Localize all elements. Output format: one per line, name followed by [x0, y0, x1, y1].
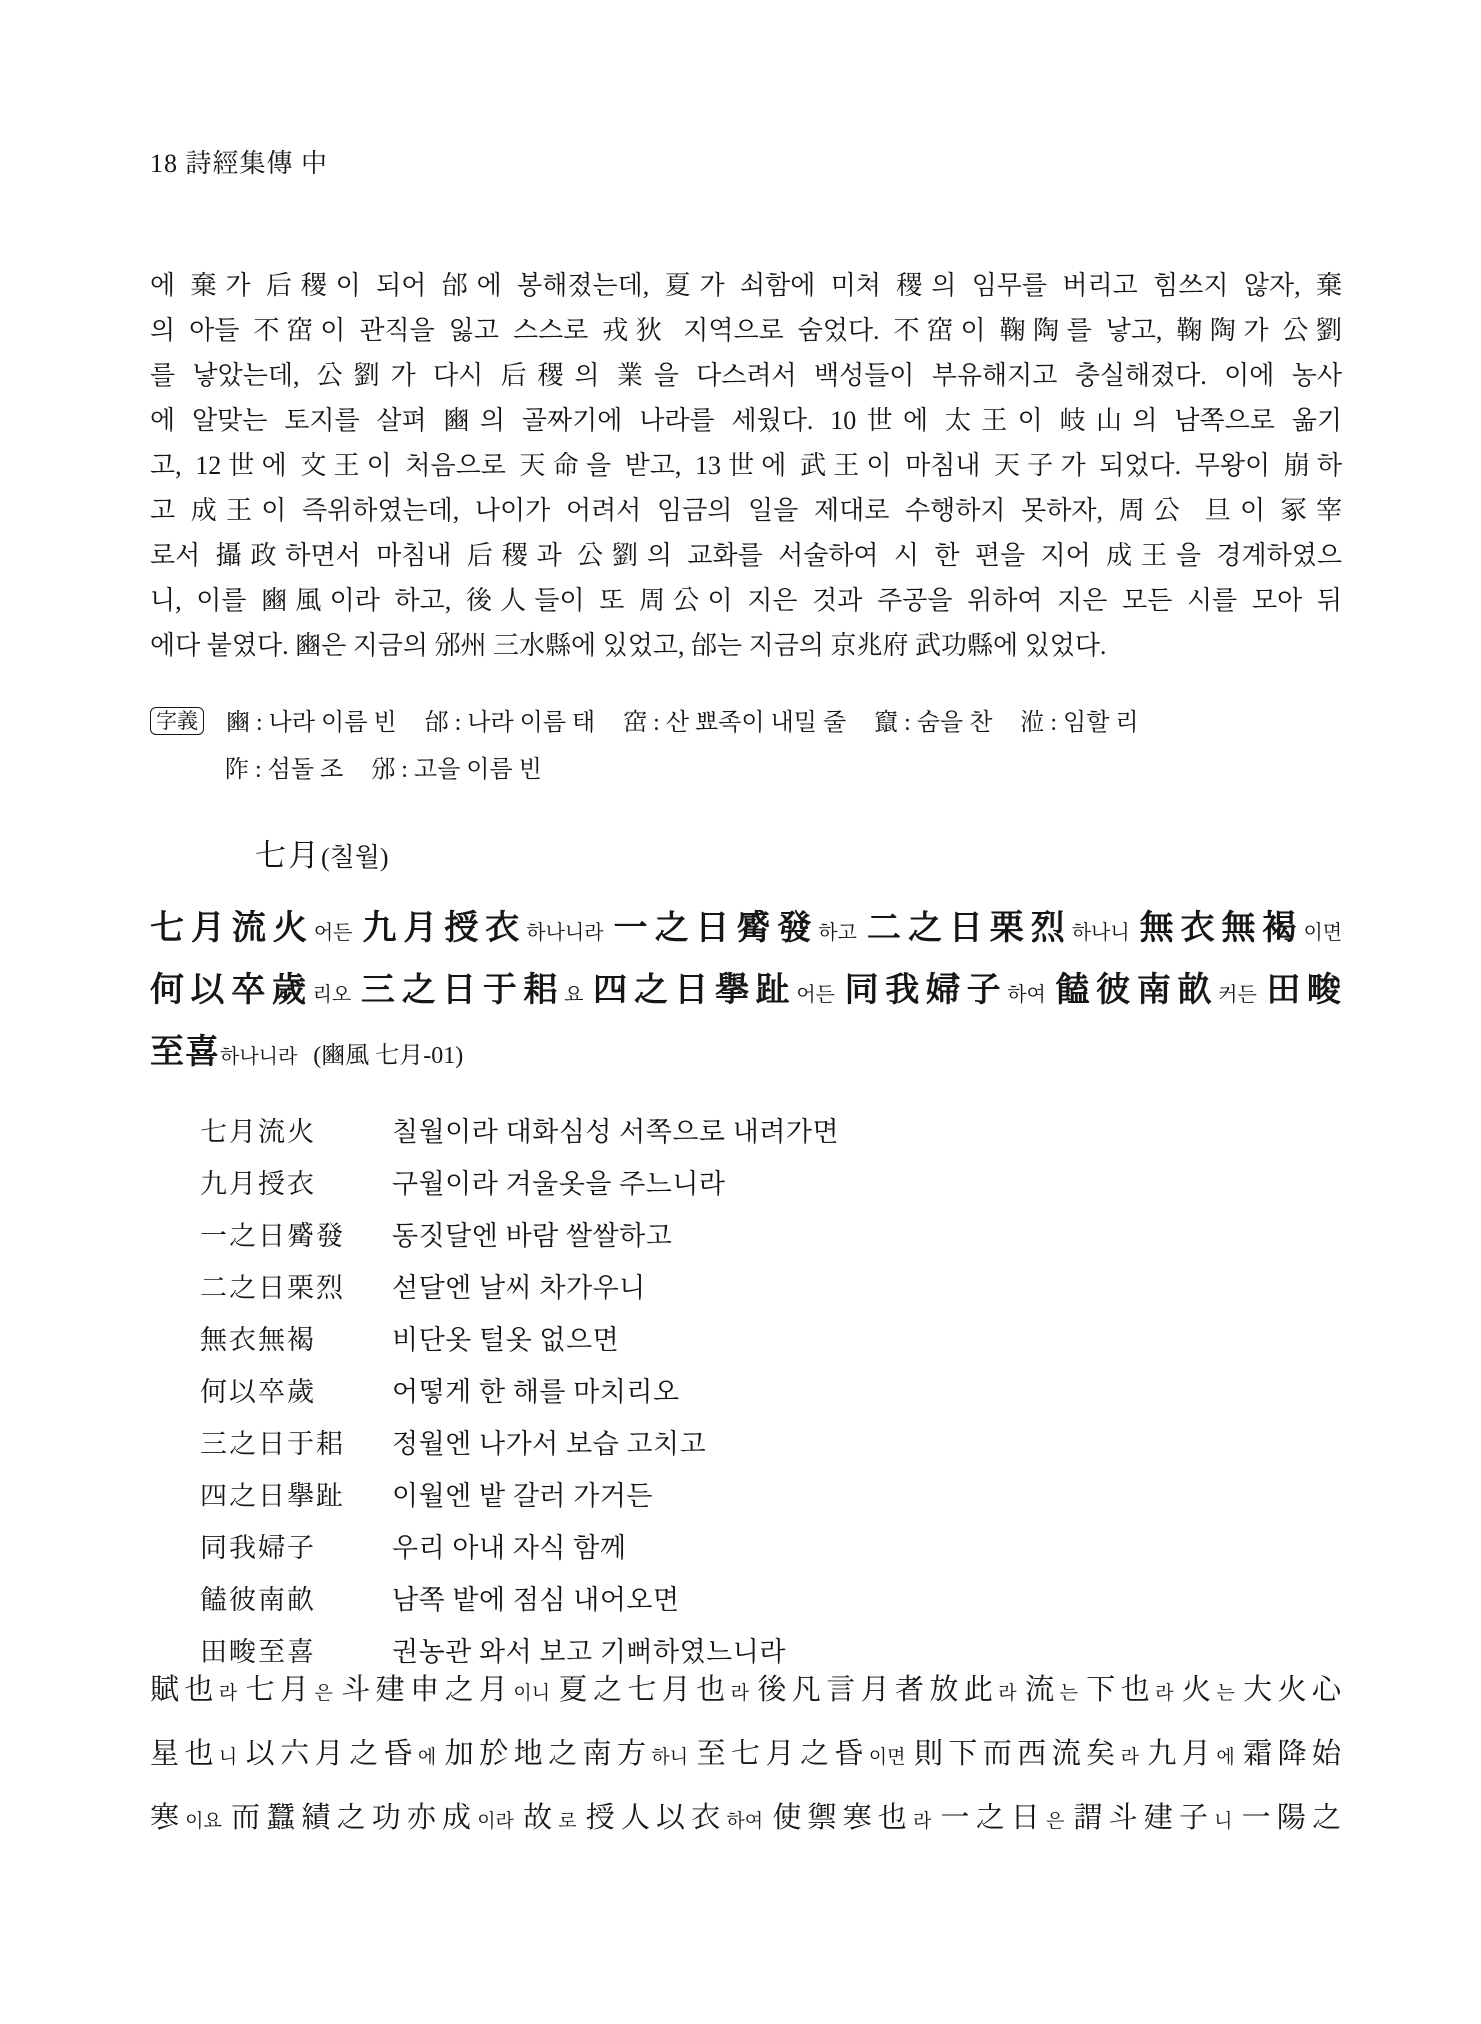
commentary-hanja: 下也 [1086, 1674, 1155, 1706]
poem-segment: 九月授衣하나니라 [362, 926, 603, 943]
poem-segment: 田畯 [1266, 988, 1342, 1005]
commentary-korean-suffix: 이면 [869, 1747, 906, 1768]
translation-row: 無衣無褐비단옷 털옷 없으면 [200, 1314, 1300, 1366]
commentary-hanja: 一陽之 [1242, 1802, 1342, 1834]
translation-korean: 남쪽 밭에 점심 내어오면 [392, 1585, 680, 1615]
poem-korean-suffix: 이면 [1303, 922, 1342, 944]
intro-line: 를 낳았는데, 公劉가 다시 后稷의 業을 다스려서 백성들이 부유해지고 충실… [150, 353, 1342, 398]
translation-hanja: 無衣無褐 [200, 1314, 392, 1366]
commentary-hanja: 使禦寒也 [772, 1802, 913, 1834]
commentary-hanja: 後凡言月者放此 [757, 1674, 998, 1706]
commentary-segment: 至七月之昏이면 [697, 1750, 906, 1767]
poem-hanja: 二之日栗烈 [867, 910, 1072, 947]
translation-korean: 비단옷 털옷 없으면 [392, 1325, 619, 1355]
commentary-korean-suffix: 하여 [726, 1811, 763, 1832]
intro-paragraph: 에 棄가 后稷이 되어 邰에 봉해졌는데, 夏가 쇠함에 미쳐 稷의 임무를 버… [150, 263, 1342, 668]
translation-hanja: 何以卒歲 [200, 1366, 392, 1418]
commentary-line: 星也니 以六月之昏에 加於地之南方하니 至七月之昏이면 則下而西流矣라 九月에 … [150, 1722, 1342, 1786]
commentary-hanja: 九月 [1147, 1738, 1216, 1770]
poem-korean-suffix: 하나니라 [526, 922, 603, 944]
commentary-korean-suffix: 라 [731, 1683, 749, 1704]
poem-korean-suffix: 커든 [1218, 984, 1257, 1006]
poem-segment: 三之日于耜요 [361, 988, 584, 1005]
translation-korean: 어떻게 한 해를 마치리오 [392, 1377, 680, 1407]
jaui-entry: 窋 : 산 뾰족이 내밀 줄 [623, 710, 846, 736]
commentary-segment: 賦也라 [150, 1686, 237, 1703]
translation-hanja: 二之日栗烈 [200, 1262, 392, 1314]
jaui-label: 字義 [150, 707, 204, 735]
poem-line: 何以卒歲리오 三之日于耜요 四之日擧趾어든 同我婦子하여 饁彼南畝커든 田畯 [150, 960, 1342, 1022]
commentary-segment: 寒이요 [150, 1814, 222, 1831]
commentary-segment: 一陽之 [1242, 1814, 1342, 1831]
commentary-korean-suffix: 니 [1214, 1811, 1232, 1832]
commentary-hanja: 夏之七月也 [558, 1674, 730, 1706]
commentary-korean-suffix: 라 [219, 1683, 237, 1704]
commentary-paragraph: 賦也라 七月은 斗建申之月이니 夏之七月也라 後凡言月者放此라 流는 下也라 火… [150, 1658, 1342, 1850]
intro-line: 고 成王이 즉위하였는데, 나이가 어려서 임금의 일을 제대로 수행하지 못하… [150, 488, 1342, 533]
poem-hanja: 九月授衣 [362, 910, 526, 947]
translation-row: 二之日栗烈섣달엔 날씨 차가우니 [200, 1262, 1300, 1314]
commentary-korean-suffix: 라 [1155, 1683, 1173, 1704]
poem-block: 七月流火어든 九月授衣하나니라 一之日觱發하고 二之日栗烈하나니 無衣無褐이면 … [150, 898, 1342, 1084]
commentary-segment: 授人以衣하여 [586, 1814, 763, 1831]
commentary-line: 賦也라 七月은 斗建申之月이니 夏之七月也라 後凡言月者放此라 流는 下也라 火… [150, 1658, 1342, 1722]
translation-korean: 칠월이라 대화심성 서쪽으로 내려가면 [392, 1117, 839, 1147]
poem-line: 七月流火어든 九月授衣하나니라 一之日觱發하고 二之日栗烈하나니 無衣無褐이면 [150, 898, 1342, 960]
poem-line: 至喜하나니라 (豳風 七月-01) [150, 1022, 1342, 1084]
commentary-korean-suffix: 이요 [185, 1811, 222, 1832]
translation-row: 九月授衣구월이라 겨울옷을 주느니라 [200, 1158, 1300, 1210]
commentary-hanja: 謂斗建子 [1074, 1802, 1215, 1834]
intro-line: 고, 12世에 文王이 처음으로 天命을 받고, 13世에 武王이 마침내 天子… [150, 443, 1342, 488]
commentary-hanja: 以六月之昏 [246, 1738, 418, 1770]
document-page: 18 詩經集傳 中 에 棄가 后稷이 되어 邰에 봉해졌는데, 夏가 쇠함에 미… [0, 0, 1481, 2024]
commentary-hanja: 授人以衣 [586, 1802, 727, 1834]
commentary-segment: 九月에 [1147, 1750, 1234, 1767]
commentary-segment: 而蠶績之功亦成이라 [231, 1814, 514, 1831]
translation-row: 四之日擧趾이월엔 밭 갈러 가거든 [200, 1470, 1300, 1522]
poem-segment: 至喜하나니라 [150, 1050, 297, 1067]
commentary-hanja: 加於地之南方 [445, 1738, 652, 1770]
intro-line: 로서 攝政하면서 마침내 后稷과 公劉의 교화를 서술하여 시 한 편을 지어 … [150, 533, 1342, 578]
commentary-segment: 以六月之昏에 [246, 1750, 437, 1767]
commentary-korean-suffix: 는 [1216, 1683, 1234, 1704]
section-title-hanja: 七月 [255, 838, 321, 873]
commentary-hanja: 一之日 [940, 1802, 1045, 1834]
commentary-korean-suffix: 에 [1216, 1747, 1234, 1768]
translation-korean: 우리 아내 자식 함께 [392, 1533, 626, 1563]
jaui-entries-2: 阼 : 섬돌 조邠 : 고을 이름 빈 [225, 757, 570, 783]
intro-line: 에다 붙였다. 豳은 지금의 邠州 三水縣에 있었고, 邰는 지금의 京兆府 武… [150, 623, 1342, 668]
jaui-entry: 涖 : 임할 리 [1020, 710, 1138, 736]
commentary-segment: 使禦寒也라 [772, 1814, 931, 1831]
jaui-row-2: 阼 : 섬돌 조邠 : 고을 이름 빈 [150, 747, 1342, 794]
commentary-segment: 加於地之南方하니 [445, 1750, 688, 1767]
intro-line: 에 棄가 后稷이 되어 邰에 봉해졌는데, 夏가 쇠함에 미쳐 稷의 임무를 버… [150, 263, 1342, 308]
poem-segment: 何以卒歲리오 [150, 988, 351, 1005]
commentary-korean-suffix: 라 [998, 1683, 1016, 1704]
commentary-korean-suffix: 니 [219, 1747, 237, 1768]
commentary-korean-suffix: 에 [418, 1747, 436, 1768]
translation-hanja: 七月流火 [200, 1106, 392, 1158]
commentary-korean-suffix: 로 [558, 1811, 576, 1832]
translation-hanja: 饁彼南畝 [200, 1574, 392, 1626]
commentary-korean-suffix: 이라 [477, 1811, 514, 1832]
commentary-segment: 大火心 [1243, 1686, 1342, 1703]
poem-korean-suffix: 어든 [796, 984, 835, 1006]
poem-hanja: 何以卒歲 [150, 972, 313, 1009]
commentary-hanja: 流 [1025, 1674, 1059, 1706]
section-title-korean: (칠월) [321, 843, 389, 872]
commentary-hanja: 霜降始 [1243, 1738, 1342, 1770]
poem-segment: 七月流火어든 [150, 926, 352, 943]
commentary-hanja: 斗建申之月 [341, 1674, 513, 1706]
jaui-entry: 邰 : 나라 이름 태 [425, 710, 596, 736]
translation-korean: 이월엔 밭 갈러 가거든 [392, 1481, 653, 1511]
poem-korean-suffix: 요 [564, 984, 583, 1006]
jaui-entry: 阼 : 섬돌 조 [225, 757, 343, 783]
translation-row: 饁彼南畝남쪽 밭에 점심 내어오면 [200, 1574, 1300, 1626]
jaui-block: 字義豳 : 나라 이름 빈邰 : 나라 이름 태窋 : 산 뾰족이 내밀 줄竄 … [150, 700, 1342, 794]
commentary-hanja: 至七月之昏 [697, 1738, 869, 1770]
translation-hanja: 四之日擧趾 [200, 1470, 392, 1522]
poem-korean-suffix: 하나니 [1072, 922, 1130, 944]
translation-row: 一之日觱發동짓달엔 바람 쌀쌀하고 [200, 1210, 1300, 1262]
page-header: 18 詩經集傳 中 [150, 143, 328, 180]
jaui-entry: 邠 : 고을 이름 빈 [371, 757, 542, 783]
poem-hanja: 七月流火 [150, 910, 314, 947]
poem-hanja: 饁彼南畝 [1056, 972, 1219, 1009]
translation-korean: 섣달엔 날씨 차가우니 [392, 1273, 646, 1303]
poem-segment: 饁彼南畝커든 [1056, 988, 1257, 1005]
poem-segment: 無衣無褐이면 [1140, 926, 1342, 943]
poem-korean-suffix: 하나니라 [220, 1046, 297, 1068]
intro-line: 의 아들 不窋이 관직을 잃고 스스로 戎狄 지역으로 숨었다. 不窋이 鞠陶를… [150, 308, 1342, 353]
commentary-segment: 夏之七月也라 [558, 1686, 748, 1703]
commentary-hanja: 賦也 [150, 1674, 219, 1706]
commentary-segment: 火는 [1182, 1686, 1235, 1703]
commentary-segment: 故로 [523, 1814, 577, 1831]
translation-hanja: 三之日于耜 [200, 1418, 392, 1470]
translation-table: 七月流火칠월이라 대화심성 서쪽으로 내려가면九月授衣구월이라 겨울옷을 주느니… [200, 1106, 1300, 1678]
jaui-row-1: 字義豳 : 나라 이름 빈邰 : 나라 이름 태窋 : 산 뾰족이 내밀 줄竄 … [150, 700, 1342, 747]
commentary-hanja: 火 [1182, 1674, 1216, 1706]
commentary-segment: 則下而西流矣라 [914, 1750, 1139, 1767]
commentary-korean-suffix: 라 [913, 1811, 931, 1832]
poem-hanja: 四之日擧趾 [593, 972, 796, 1009]
commentary-segment: 斗建申之月이니 [341, 1686, 550, 1703]
poem-korean-suffix: 하여 [1007, 984, 1046, 1006]
commentary-segment: 流는 [1025, 1686, 1078, 1703]
commentary-hanja: 故 [523, 1802, 558, 1834]
poem-segment: 二之日栗烈하나니 [867, 926, 1130, 943]
commentary-hanja: 星也 [150, 1738, 219, 1770]
translation-row: 何以卒歲어떻게 한 해를 마치리오 [200, 1366, 1300, 1418]
commentary-hanja: 而蠶績之功亦成 [231, 1802, 477, 1834]
poem-korean-suffix: 리오 [313, 984, 352, 1006]
commentary-korean-suffix: 라 [1121, 1747, 1139, 1768]
commentary-korean-suffix: 이니 [513, 1683, 550, 1704]
poem-hanja: 三之日于耜 [361, 972, 564, 1009]
translation-korean: 구월이라 겨울옷을 주느니라 [392, 1169, 725, 1199]
jaui-entries-1: 豳 : 나라 이름 빈邰 : 나라 이름 태窋 : 산 뾰족이 내밀 줄竄 : … [226, 710, 1167, 736]
poem-hanja: 無衣無褐 [1140, 910, 1304, 947]
poem-segment: 一之日觱發하고 [614, 926, 857, 943]
poem-korean-suffix: 하고 [818, 922, 857, 944]
translation-hanja: 一之日觱發 [200, 1210, 392, 1262]
intro-line: 에 알맞는 토지를 살펴 豳의 골짜기에 나라를 세웠다. 10世에 太王이 岐… [150, 398, 1342, 443]
commentary-segment: 後凡言月者放此라 [757, 1686, 1016, 1703]
commentary-korean-suffix: 은 [314, 1683, 332, 1704]
translation-korean: 정월엔 나가서 보습 고치고 [392, 1429, 706, 1459]
poem-korean-suffix: 어든 [314, 922, 353, 944]
commentary-hanja: 則下而西流矣 [914, 1738, 1121, 1770]
commentary-korean-suffix: 은 [1046, 1811, 1064, 1832]
commentary-line: 寒이요 而蠶績之功亦成이라 故로 授人以衣하여 使禦寒也라 一之日은 謂斗建子니… [150, 1786, 1342, 1850]
intro-line: 니, 이를 豳風이라 하고, 後人들이 또 周公이 지은 것과 주공을 위하여 … [150, 578, 1342, 623]
jaui-entry: 竄 : 숨을 찬 [874, 710, 992, 736]
commentary-segment: 謂斗建子니 [1074, 1814, 1233, 1831]
translation-row: 七月流火칠월이라 대화심성 서쪽으로 내려가면 [200, 1106, 1300, 1158]
poem-segment: 四之日擧趾어든 [593, 988, 835, 1005]
commentary-segment: 星也니 [150, 1750, 237, 1767]
poem-hanja: 至喜 [150, 1034, 220, 1071]
commentary-segment: 七月은 [246, 1686, 333, 1703]
poem-hanja: 一之日觱發 [614, 910, 819, 947]
translation-row: 同我婦子우리 아내 자식 함께 [200, 1522, 1300, 1574]
translation-row: 三之日于耜정월엔 나가서 보습 고치고 [200, 1418, 1300, 1470]
commentary-korean-suffix: 하니 [651, 1747, 688, 1768]
poem-segment: 同我婦子하여 [845, 988, 1046, 1005]
translation-hanja: 九月授衣 [200, 1158, 392, 1210]
poem-hanja: 同我婦子 [845, 972, 1008, 1009]
commentary-hanja: 寒 [150, 1802, 185, 1834]
translation-hanja: 同我婦子 [200, 1522, 392, 1574]
poem-ref: (豳風 七月-01) [313, 1043, 463, 1069]
commentary-hanja: 七月 [246, 1674, 315, 1706]
poem-hanja: 田畯 [1266, 972, 1342, 1009]
commentary-hanja: 大火心 [1243, 1674, 1342, 1706]
commentary-segment: 霜降始 [1243, 1750, 1342, 1767]
commentary-korean-suffix: 는 [1060, 1683, 1078, 1704]
translation-korean: 동짓달엔 바람 쌀쌀하고 [392, 1221, 672, 1251]
jaui-entry: 豳 : 나라 이름 빈 [226, 710, 397, 736]
commentary-segment: 一之日은 [940, 1814, 1064, 1831]
commentary-segment: 下也라 [1086, 1686, 1173, 1703]
section-title: 七月(칠월) [255, 830, 389, 875]
